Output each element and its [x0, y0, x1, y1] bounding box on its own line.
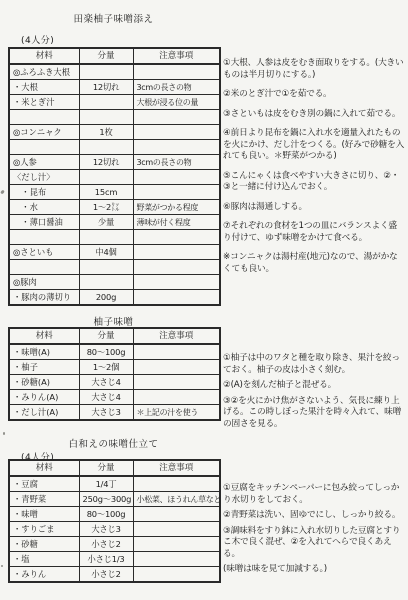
table-cell: 大さじ3 — [79, 405, 133, 421]
table-row — [9, 260, 220, 275]
table-cell: ・豆腐 — [9, 476, 79, 492]
recipe-title-shiraae: 白和えの味噌仕立て — [8, 436, 219, 450]
table-cell: ・青野菜 — [9, 492, 79, 507]
table-cell — [79, 110, 133, 125]
table-cell — [9, 230, 79, 245]
table-cell — [79, 260, 133, 275]
table-row: ・米とぎ汁大根が浸る位の量 — [9, 95, 220, 110]
table-cell — [133, 260, 220, 275]
table-header-row-3: 材料分量注意事項 — [9, 460, 220, 476]
table-cell — [133, 170, 220, 185]
table-cell: 野菜がつかる程度 — [133, 200, 220, 215]
table-cell — [133, 125, 220, 140]
table-cell — [133, 537, 220, 552]
table-cell: 小松菜、ほうれん草など — [133, 492, 220, 507]
table-cell: 大さじ3 — [79, 522, 133, 537]
table-cell — [9, 260, 79, 275]
table-row: ・豚肉の薄切り200g — [9, 290, 220, 306]
table-cell — [9, 140, 79, 155]
step-text: ⑥豚肉は湯通しする。 — [223, 202, 405, 214]
step-text: ③調味料をすり鉢に入れ水切りした豆腐とすりこ木で良く混ぜ、②を入れてへらで良くあ… — [223, 526, 405, 561]
table-cell: 250g〜300g — [79, 492, 133, 507]
column-header: 注意事項 — [133, 328, 220, 344]
table-row: ・味噌80〜100g — [9, 507, 220, 522]
table-cell: ◎人参 — [9, 155, 79, 170]
table-row: ・薄口醤油少量薄味が付く程度 — [9, 215, 220, 230]
table-cell — [133, 476, 220, 492]
table-cell — [133, 140, 220, 155]
table-cell: 小さじ2 — [79, 537, 133, 552]
table-cell: 大根が浸る位の量 — [133, 95, 220, 110]
table-row: ◎人参12切れ3cmの長さの物 — [9, 155, 220, 170]
table-cell: 薄味が付く程度 — [133, 215, 220, 230]
ingredients-table-yuzumiso: 材料分量注意事項 ・味噌(A)80〜100g・柚子1〜2個・砂糖(A)大さじ4・… — [8, 327, 221, 421]
table-cell — [133, 110, 220, 125]
table-header-row-2: 材料分量注意事項 — [9, 328, 220, 344]
table-cell: 大さじ4 — [79, 390, 133, 405]
step-text: ③②を火にかけ焦がさないよう、気長に練り上げる。この時しぼった果汁を時々入れて、… — [223, 396, 405, 431]
table-cell: 1〜2㍑ — [79, 200, 133, 215]
table-row: ・昆布15cm — [9, 185, 220, 200]
step-text: ①柚子は中のワタと種を取り除き、果汁を絞っておく。柚子の皮は小さく刻む。 — [223, 353, 405, 376]
table-row: 〈だし汁〉 — [9, 170, 220, 185]
servings-label-1: (4人分) — [21, 33, 54, 46]
table-row: ・青野菜250g〜300g小松菜、ほうれん草など — [9, 492, 220, 507]
table-cell: ・柚子 — [9, 360, 79, 375]
table-body-3: ・豆腐1/4丁・青野菜250g〜300g小松菜、ほうれん草など・味噌80〜100… — [9, 476, 220, 582]
table-cell: ・味噌(A) — [9, 344, 79, 360]
table-cell: ・だし汁(A) — [9, 405, 79, 421]
table-row — [9, 230, 220, 245]
instructions-dengaku: ①大根、人参は皮をむき面取りをする。(大きいものは半月切りにする。)②米のとぎ汁… — [223, 58, 405, 283]
table-row: ◎ふろふき大根 — [9, 64, 220, 80]
table-row: ・みりん(A)大さじ4 — [9, 390, 220, 405]
table-cell: 1枚 — [79, 125, 133, 140]
table-row: ・大根12切れ3cmの長さの物 — [9, 80, 220, 95]
table-cell: 12切れ — [79, 155, 133, 170]
table-cell: 3cmの長さの物 — [133, 155, 220, 170]
table-cell: ・米とぎ汁 — [9, 95, 79, 110]
table-cell — [133, 185, 220, 200]
table-cell — [79, 95, 133, 110]
column-header: 分量 — [79, 48, 133, 64]
table-cell — [133, 275, 220, 290]
table-cell — [79, 64, 133, 80]
table-row: ・豆腐1/4丁 — [9, 476, 220, 492]
table-cell: ・豚肉の薄切り — [9, 290, 79, 306]
table-row: ◎さといも中4個 — [9, 245, 220, 260]
table-cell — [133, 64, 220, 80]
table-cell: 小さじ2 — [79, 567, 133, 583]
table-cell: 少量 — [79, 215, 133, 230]
table-cell: 中4個 — [79, 245, 133, 260]
table-cell: ・塩 — [9, 552, 79, 567]
table-row: ・砂糖(A)大さじ4 — [9, 375, 220, 390]
table-cell: ・薄口醤油 — [9, 215, 79, 230]
table-cell: 12切れ — [79, 80, 133, 95]
step-text: ②(A)を刻んだ柚子と混ぜる。 — [223, 380, 405, 392]
table-cell: ・すりごま — [9, 522, 79, 537]
table-cell: ◎ふろふき大根 — [9, 64, 79, 80]
step-text: ①大根、人参は皮をむき面取りをする。(大きいものは半月切りにする。) — [223, 58, 405, 81]
column-header: 材料 — [9, 328, 79, 344]
table-cell — [133, 507, 220, 522]
table-cell — [133, 390, 220, 405]
table-cell: 大さじ4 — [79, 375, 133, 390]
step-text: ⑦それぞれの食材を1つの皿にバランスよく盛り付けて、ゆず味噌をかけて食べる。 — [223, 221, 405, 244]
table-cell: ・砂糖(A) — [9, 375, 79, 390]
table-cell: 1〜2個 — [79, 360, 133, 375]
table-cell — [133, 522, 220, 537]
step-text: (味噌は味を見て加減する。) — [223, 564, 405, 576]
table-cell — [79, 275, 133, 290]
ingredients-table-shiraae: 材料分量注意事項 ・豆腐1/4丁・青野菜250g〜300g小松菜、ほうれん草など… — [8, 459, 221, 583]
recipe-sheet: 田楽柚子味噌添え (4人分) 材料分量注意事項 ◎ふろふき大根・大根12切れ3c… — [0, 0, 408, 600]
table-cell: ◎コンニャク — [9, 125, 79, 140]
table-cell: ・みりん(A) — [9, 390, 79, 405]
step-text: ②青野菜は洗い、固ゆでにし、しっかり絞る。 — [223, 510, 405, 522]
table-header-row: 材料分量注意事項 — [9, 328, 220, 344]
column-header: 分量 — [79, 328, 133, 344]
table-cell: ・砂糖 — [9, 537, 79, 552]
recipe-title-yuzumiso: 柚子味噌 — [8, 314, 219, 328]
table-row — [9, 140, 220, 155]
table-row: ◎コンニャク1枚 — [9, 125, 220, 140]
step-text: ②米のとぎ汁で①を茹でる。 — [223, 89, 405, 101]
table-cell: 3cmの長さの物 — [133, 80, 220, 95]
table-cell: 1/4丁 — [79, 476, 133, 492]
instructions-shiraae: ①豆腐をキッチンペーパーに包み絞ってしっかり水切りをしておく。②青野菜は洗い、固… — [223, 483, 405, 580]
column-header: 注意事項 — [133, 460, 220, 476]
table-cell: ・昆布 — [9, 185, 79, 200]
table-body-2: ・味噌(A)80〜100g・柚子1〜2個・砂糖(A)大さじ4・みりん(A)大さじ… — [9, 344, 220, 420]
table-cell — [133, 375, 220, 390]
table-cell — [133, 360, 220, 375]
table-cell: ・水 — [9, 200, 79, 215]
column-header: 注意事項 — [133, 48, 220, 64]
column-header: 材料 — [9, 48, 79, 64]
table-cell — [133, 245, 220, 260]
recipe-title-dengaku: 田楽柚子味噌添え — [8, 11, 219, 25]
table-cell — [79, 230, 133, 245]
table-cell: 200g — [79, 290, 133, 306]
step-text: ⑤こんにゃくは食べやすい大きさに切り、②・③と一緒に付け込んでおく。 — [223, 171, 405, 194]
table-cell: 80〜100g — [79, 507, 133, 522]
scan-speck — [3, 432, 5, 435]
table-cell — [133, 552, 220, 567]
scan-speck — [0, 190, 5, 195]
table-cell — [133, 230, 220, 245]
table-cell — [133, 290, 220, 306]
table-row — [9, 110, 220, 125]
column-header: 分量 — [79, 460, 133, 476]
table-header-row-1: 材料分量注意事項 — [9, 48, 220, 64]
table-header-row: 材料分量注意事項 — [9, 48, 220, 64]
table-row: ・柚子1〜2個 — [9, 360, 220, 375]
table-row: ・味噌(A)80〜100g — [9, 344, 220, 360]
ingredients-table-dengaku: 材料分量注意事項 ◎ふろふき大根・大根12切れ3cmの長さの物・米とぎ汁大根が浸… — [8, 47, 221, 306]
table-cell — [79, 170, 133, 185]
table-row: ・砂糖小さじ2 — [9, 537, 220, 552]
step-text: ③さといもは皮をむき別の鍋に入れて茹でる。 — [223, 109, 405, 121]
table-body-1: ◎ふろふき大根・大根12切れ3cmの長さの物・米とぎ汁大根が浸る位の量◎コンニャ… — [9, 64, 220, 305]
step-text: ※コンニャクは湯村産(地元)なので、湯がかなくても良い。 — [223, 252, 405, 275]
table-cell: ・味噌 — [9, 507, 79, 522]
step-text: ①豆腐をキッチンペーパーに包み絞ってしっかり水切りをしておく。 — [223, 483, 405, 506]
table-cell: ＊上記の汁を使う — [133, 405, 220, 421]
column-header: 材料 — [9, 460, 79, 476]
table-cell — [9, 110, 79, 125]
scan-speck — [1, 565, 3, 567]
table-cell: ◎さといも — [9, 245, 79, 260]
table-cell: 小さじ1/3 — [79, 552, 133, 567]
table-row: ・みりん小さじ2 — [9, 567, 220, 583]
table-cell: ・みりん — [9, 567, 79, 583]
table-cell: 15cm — [79, 185, 133, 200]
table-row: ・だし汁(A)大さじ3＊上記の汁を使う — [9, 405, 220, 421]
table-row: ◎豚肉 — [9, 275, 220, 290]
table-cell: 〈だし汁〉 — [9, 170, 79, 185]
table-header-row: 材料分量注意事項 — [9, 460, 220, 476]
instructions-yuzumiso: ①柚子は中のワタと種を取り除き、果汁を絞っておく。柚子の皮は小さく刻む。②(A)… — [223, 353, 405, 434]
table-row: ・すりごま大さじ3 — [9, 522, 220, 537]
table-cell — [133, 567, 220, 583]
table-cell: ・大根 — [9, 80, 79, 95]
table-row: ・塩小さじ1/3 — [9, 552, 220, 567]
table-cell: ◎豚肉 — [9, 275, 79, 290]
table-cell: 80〜100g — [79, 344, 133, 360]
table-cell — [133, 344, 220, 360]
table-row: ・水1〜2㍑野菜がつかる程度 — [9, 200, 220, 215]
step-text: ④前日より昆布を鍋に入れ水を適量入れたものを火にかけ、だし汁をつくる。(好みで砂… — [223, 128, 405, 163]
table-cell — [79, 140, 133, 155]
